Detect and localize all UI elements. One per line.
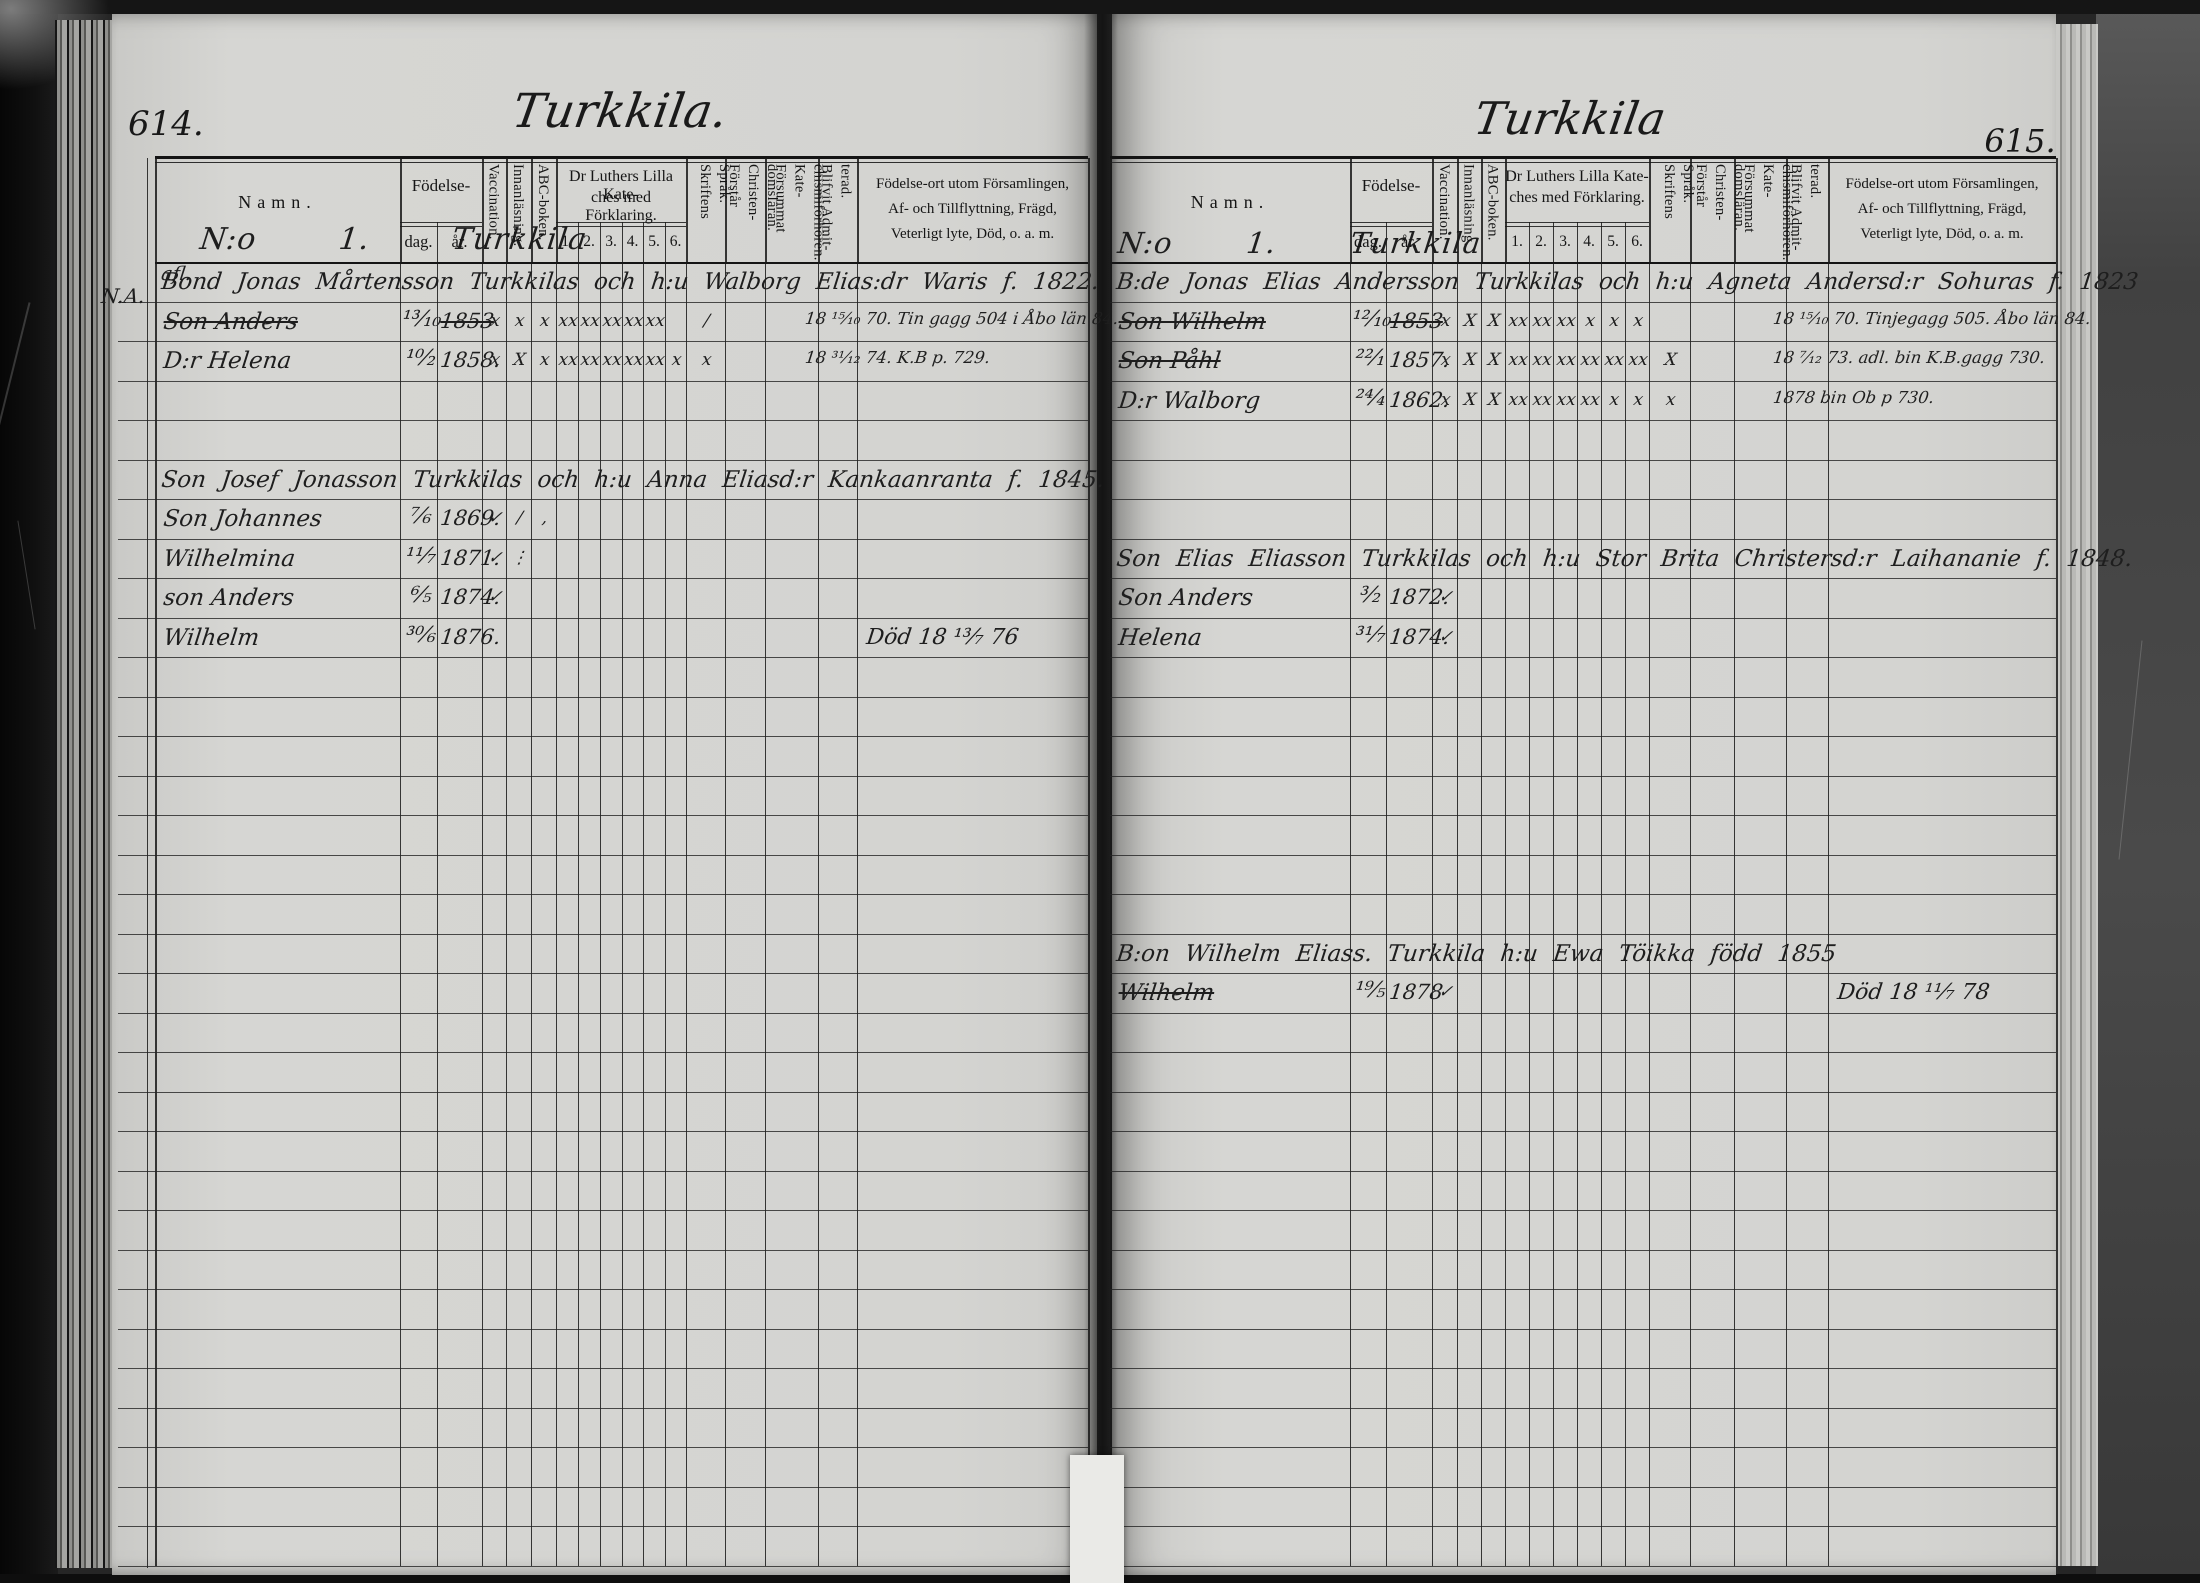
table-column-line (531, 262, 532, 1566)
mark-kateches-2: xx (578, 311, 602, 331)
column-header-kateches-3: 3. (1553, 233, 1577, 251)
entry-note: 18 ¹⁵⁄₁₀ 70. Tinjegagg 505. Åbo län 84. (1772, 309, 2092, 328)
column-header-fodelseort-line: Veterligt lyte, Död, o. a. m. (1828, 222, 2056, 247)
mark-kateches-5: xx (643, 311, 667, 331)
mark-vaccination: x (482, 311, 508, 331)
table-row-line (1110, 815, 2056, 816)
mark-kateches-1: xx (556, 350, 580, 370)
table-row-line (1110, 776, 2056, 777)
table-row-line (1110, 1052, 2056, 1053)
table-column-line (1088, 262, 1090, 1566)
person-name: Wilhelm (1117, 980, 1216, 1006)
person-name: Son Wilhelm (1117, 309, 1267, 335)
mark-kateches-2: xx (1529, 390, 1555, 410)
mark-vaccination: ✓ (482, 587, 508, 607)
birth-day: ²⁴⁄₄ (1351, 386, 1390, 411)
table-column-line (1786, 262, 1787, 1566)
mark-kateches-1: xx (1505, 311, 1531, 331)
table-row-line (118, 1368, 1088, 1369)
mark-kateches-4: xx (1577, 390, 1603, 410)
table-row-line (118, 1092, 1088, 1093)
table-row-line (118, 973, 1088, 974)
mark-kateches-4: x (1577, 311, 1603, 331)
table-row-line (1110, 420, 2056, 421)
column-header-innanlasning: Innanläsning. (1459, 164, 1480, 258)
mark-vaccination: ✓ (482, 508, 508, 528)
mark-skriftens: x (1649, 390, 1692, 410)
column-header-kateches-5: 5. (643, 233, 665, 251)
table-row-line (118, 815, 1088, 816)
mark-kateches-4: xx (622, 350, 645, 370)
table-column-line (686, 262, 687, 1566)
column-header-kateches-3: 3. (600, 233, 622, 251)
entry-note: 18 ³¹⁄₁₂ 74. K.B p. 729. (804, 348, 991, 367)
table-column-line (600, 262, 601, 1566)
table-row-line (1110, 1092, 2056, 1093)
table-row-line (118, 1013, 1088, 1014)
mark-abc: x (531, 311, 558, 331)
column-header-abc-boken-line: ABC-boken. (533, 164, 552, 258)
column-header-fodelseort-line: Födelse-ort utom Församlingen, (1828, 172, 2056, 197)
mark-abc: X (1481, 390, 1507, 410)
mark-kateches-2: xx (1529, 311, 1555, 331)
table-row-line (118, 697, 1088, 698)
table-row-line (1110, 499, 2056, 500)
table-column-line (622, 262, 623, 1566)
table-row-line (118, 776, 1088, 777)
table-top-rule (1110, 156, 2056, 159)
table-column-line (155, 262, 157, 1566)
table-row-line (1110, 1210, 2056, 1211)
birth-year: 1876. (439, 625, 502, 649)
birth-day: ³⁄₂ (1351, 583, 1390, 608)
mark-kateches-4: xx (622, 311, 645, 331)
table-column-line (1350, 262, 1351, 1566)
table-column-line (643, 262, 644, 1566)
mark-innanlasning: X (1457, 350, 1483, 370)
table-row-line (118, 894, 1088, 895)
mark-vaccination: x (1432, 311, 1459, 331)
table-row-line (1110, 1289, 2056, 1290)
column-header-blifvit-line: Blifvit Admit- (817, 164, 836, 258)
table-column-line (1734, 262, 1735, 1566)
table-row-line (118, 618, 1088, 619)
mark-skriftens: x (686, 350, 727, 370)
column-header-forsummat-line: Försummat Kate- (1739, 164, 1777, 258)
birth-day: ⁷⁄₆ (401, 504, 441, 529)
column-header-innanlasning: Innanläsning. (508, 164, 529, 258)
table-column-line (1505, 262, 1506, 1566)
mark-kateches-5: x (1601, 390, 1627, 410)
mark-kateches-5: x (1601, 311, 1627, 331)
column-header-fodelseort-line: Af- och Tillflyttning, Frägd, (1828, 197, 2056, 222)
mark-kateches-3: xx (600, 311, 624, 331)
table-column-line (1553, 262, 1554, 1566)
column-header-forstar: Förstår Christen-domsläran. (1691, 164, 1733, 258)
mark-innanlasning: ⋮ (506, 548, 533, 568)
table-column-line (1110, 262, 1112, 1566)
column-header-blifvit: Blifvit Admit-terad. (1786, 164, 1828, 258)
mark-kateches-3: xx (1553, 350, 1579, 370)
table-sub-rule (1350, 222, 1432, 223)
mark-kateches-6: xx (1625, 350, 1651, 370)
column-header-kateches-4: 4. (622, 233, 643, 251)
mark-innanlasning: X (1457, 311, 1483, 331)
column-header-kateches-line2: ches med Förklaring. (1505, 189, 1649, 207)
column-header-kateches-line2: ches med Förklaring. (556, 189, 686, 225)
register-tables: Namn.Födelse-dag.år.Vaccination.Innanläs… (0, 0, 2200, 1583)
mark-kateches-2: xx (578, 350, 602, 370)
table-row-line (118, 1171, 1088, 1172)
column-header-skriftens-sprak: Skriftens Språk. (1659, 164, 1680, 258)
table-row-line (1110, 1368, 2056, 1369)
entry-note: 18 ⁷⁄₁₂ 73. adl. bin K.B.gagg 730. (1772, 348, 2046, 367)
mark-kateches-6: x (665, 350, 688, 370)
table-row-line (1110, 1526, 2056, 1527)
column-header-abc-boken-line: ABC-boken. (1483, 164, 1502, 258)
mark-vaccination: ✓ (1432, 627, 1459, 647)
birth-day: ³⁰⁄₆ (401, 623, 441, 648)
table-column-line (506, 262, 507, 1566)
table-row-line (118, 1566, 1088, 1567)
table-column-line (2056, 158, 2058, 262)
table-column-line (1649, 262, 1650, 1566)
person-name: Son Påhl (1117, 348, 1222, 374)
mark-kateches-2: xx (1529, 350, 1555, 370)
person-name: Wilhelmina (162, 546, 297, 572)
table-column-line (556, 262, 557, 1566)
person-name: Son Anders (162, 309, 299, 335)
mark-abc: X (1481, 350, 1507, 370)
mark-kateches-3: xx (1553, 311, 1579, 331)
mark-innanlasning: X (1457, 390, 1483, 410)
table-column-line (725, 262, 726, 1566)
family-entry-row: Bond Jonas Mårtensson Turkkilas och h:u … (160, 269, 1086, 295)
column-header-forsummat-line: Försummat Kate- (771, 164, 809, 258)
family-entry-row: B:de Jonas Elias Andersson Turkkilas och… (1115, 269, 2054, 295)
table-row-line (1110, 1013, 2056, 1014)
table-row-line (1110, 302, 2056, 303)
column-header-vaccination: Vaccination. (484, 164, 505, 258)
table-row-line (118, 499, 1088, 500)
table-row-line (1110, 973, 2056, 974)
bookmark-tab (1070, 1455, 1124, 1583)
table-column-line (857, 262, 858, 1566)
mark-kateches-1: xx (1505, 350, 1531, 370)
column-header-kateches-2: 2. (1529, 233, 1553, 251)
table-column-line (818, 262, 819, 1566)
column-header-kateches-line1: Dr Luthers Lilla Kate- (1505, 168, 1649, 186)
column-header-blifvit-line: Blifvit Admit- (1786, 164, 1805, 258)
column-header-fodelseort-line: Af- och Tillflyttning, Frägd, (857, 197, 1088, 222)
table-sub-rule (1350, 226, 1432, 227)
table-row-line (1110, 578, 2056, 579)
table-row-line (1110, 1329, 2056, 1330)
column-header-ar: år. (437, 232, 482, 252)
birth-day: ⁶⁄₅ (401, 583, 441, 608)
person-name: D:r Helena (162, 348, 293, 374)
table-row-line (1110, 1250, 2056, 1251)
column-header-blifvit-line: terad. (1805, 164, 1824, 258)
birth-day: ¹²⁄₁₀ (1351, 307, 1390, 332)
column-header-dag: dag. (400, 232, 437, 252)
column-header-innanlasning-line: Innanläsning. (508, 164, 527, 258)
page-content: 614. 615. Turkkila. Turkkila N:o 1. Turk… (0, 0, 2200, 1583)
table-column-line (1690, 262, 1691, 1566)
table-column-line (1625, 262, 1626, 1566)
column-header-kateches-2: 2. (578, 233, 600, 251)
table-row-line (1110, 341, 2056, 342)
table-row-line (118, 1052, 1088, 1053)
column-header-dag: dag. (1350, 232, 1386, 252)
table-row-line (118, 855, 1088, 856)
column-header-skriftens-sprak: Skriftens Språk. (695, 164, 716, 258)
table-row-line (1110, 381, 2056, 382)
table-top-rule (155, 162, 1088, 163)
birth-day: ²²⁄₁ (1351, 346, 1390, 371)
table-row-line (118, 460, 1088, 461)
table-row-line (1110, 618, 2056, 619)
column-header-vaccination-line: Vaccination. (484, 164, 503, 258)
table-row-line (118, 420, 1088, 421)
table-column-line (1601, 262, 1602, 1566)
column-header-kateches-6: 6. (1625, 233, 1649, 251)
column-header-ar: år. (1386, 232, 1432, 252)
column-header-fodelseort: Födelse-ort utom Församlingen,Af- och Ti… (1828, 172, 2056, 247)
table-top-rule (1110, 162, 2056, 163)
table-column-line (1457, 262, 1458, 1566)
table-row-line (118, 539, 1088, 540)
mark-vaccination: x (482, 350, 508, 370)
table-row-line (118, 1131, 1088, 1132)
table-row-line (1110, 657, 2056, 658)
mark-vaccination: x (1432, 390, 1459, 410)
table-row-line (118, 1210, 1088, 1211)
column-header-fodelse: Födelse- (1350, 176, 1432, 196)
table-row-line (1110, 1487, 2056, 1488)
table-row-line (1110, 1566, 2056, 1567)
table-row-line (1110, 539, 2056, 540)
table-column-line (665, 262, 666, 1566)
table-top-rule (155, 156, 1088, 159)
person-name: Wilhelm (162, 625, 261, 651)
person-name: Son Anders (1117, 585, 1254, 611)
person-name: Helena (1117, 625, 1203, 651)
birth-day: ¹⁹⁄₅ (1351, 978, 1390, 1003)
table-row-line (118, 302, 1088, 303)
person-name: son Anders (162, 585, 296, 611)
column-header-forstar-line: Förstår Christen- (724, 164, 762, 258)
table-sub-rule (400, 222, 482, 223)
mark-kateches-1: xx (556, 311, 580, 331)
column-header-forsummat: Försummat Kate-chismiförhören. (771, 164, 813, 258)
table-header-bottom-rule (1110, 262, 2056, 264)
table-column-line (1529, 262, 1530, 1566)
birth-day: ¹⁰⁄₂ (401, 346, 441, 371)
table-column-line (1481, 262, 1482, 1566)
table-column-line (2056, 262, 2058, 1566)
column-header-kateches-5: 5. (1601, 233, 1625, 251)
scanned-parish-register: 614. 615. Turkkila. Turkkila N:o 1. Turk… (0, 0, 2200, 1583)
table-column-line (578, 262, 579, 1566)
mark-vaccination: ✓ (482, 548, 508, 568)
entry-note: Död 18 ¹¹⁄₇ 78 (1836, 980, 1991, 1005)
entry-note: 18 ¹⁵⁄₁₀ 70. Tin gagg 504 i Åbo län 84. (804, 309, 1120, 328)
column-header-blifvit-line: terad. (836, 164, 855, 258)
table-row-line (118, 1447, 1088, 1448)
family-entry-row: Son Josef Jonasson Turkkilas och h:u Ann… (160, 467, 1086, 493)
mark-innanlasning: x (506, 311, 533, 331)
mark-skriftens: X (1649, 350, 1692, 370)
table-column-line (1649, 158, 1651, 262)
table-row-line (1110, 460, 2056, 461)
table-row-line (1110, 697, 2056, 698)
family-entry-row: Son Elias Eliasson Turkkilas och h:u Sto… (1115, 546, 2054, 572)
mark-kateches-6: x (1625, 390, 1651, 410)
table-column-line (482, 262, 483, 1566)
table-column-line (1577, 262, 1578, 1566)
table-column-line (765, 262, 766, 1566)
birth-day: ¹¹⁄₇ (401, 544, 441, 569)
table-column-line (1432, 262, 1433, 1566)
mark-innanlasning: X (506, 350, 533, 370)
family-entry-row: B:on Wilhelm Eliass. Turkkila h:u Ewa Tö… (1115, 941, 1838, 967)
mark-kateches-1: xx (1505, 390, 1531, 410)
table-row-line (1110, 736, 2056, 737)
mark-abc: , (531, 508, 558, 528)
column-header-abc-boken: ABC-boken. (1483, 164, 1504, 258)
table-margin-line (147, 158, 148, 1568)
entry-note: Död 18 ¹³⁄₇ 76 (865, 625, 1020, 650)
column-header-blifvit: Blifvit Admit-terad. (817, 164, 859, 258)
mark-kateches-5: xx (1601, 350, 1627, 370)
person-name: D:r Walborg (1117, 388, 1262, 414)
mark-kateches-3: xx (600, 350, 624, 370)
table-row-line (118, 1329, 1088, 1330)
column-header-vaccination-line: Vaccination. (1434, 164, 1453, 258)
table-row-line (1110, 1171, 2056, 1172)
table-column-line (1386, 262, 1387, 1566)
column-header-forstar: Förstår Christen-domsläran. (724, 164, 766, 258)
table-row-line (1110, 1131, 2056, 1132)
column-header-abc-boken: ABC-boken. (533, 164, 554, 258)
column-header-fodelseort-line: Veterligt lyte, Död, o. a. m. (857, 222, 1088, 247)
mark-skriftens: / (686, 311, 727, 331)
table-column-line (400, 262, 401, 1566)
table-row-line (118, 736, 1088, 737)
column-header-vaccination: Vaccination. (1434, 164, 1455, 258)
column-header-forstar-line: Förstår Christen- (1691, 164, 1729, 258)
table-row-line (118, 578, 1088, 579)
column-header-fodelseort: Födelse-ort utom Församlingen,Af- och Ti… (857, 172, 1088, 247)
table-column-line (686, 158, 688, 262)
table-row-line (118, 934, 1088, 935)
mark-abc: X (1481, 311, 1507, 331)
mark-kateches-5: xx (643, 350, 667, 370)
column-header-fodelse: Födelse- (400, 176, 482, 196)
mark-kateches-6: x (1625, 311, 1651, 331)
entry-note: 1878 bin Ob p 730. (1772, 388, 1935, 407)
mark-vaccination: ✓ (1432, 587, 1459, 607)
table-row-line (1110, 855, 2056, 856)
table-row-line (118, 657, 1088, 658)
table-row-line (118, 1487, 1088, 1488)
table-row-line (118, 1408, 1088, 1409)
mark-vaccination: x (1432, 350, 1459, 370)
column-header-fodelseort-line: Födelse-ort utom Församlingen, (857, 172, 1088, 197)
table-row-line (118, 1526, 1088, 1527)
mark-innanlasning: / (506, 508, 533, 528)
column-header-kateches-4: 4. (1577, 233, 1601, 251)
table-column-line (1088, 158, 1090, 262)
table-row-line (118, 381, 1088, 382)
column-header-forsummat: Försummat Kate-chismiförhören. (1739, 164, 1781, 258)
person-name: Son Johannes (162, 506, 324, 532)
table-row-line (118, 1250, 1088, 1251)
mark-kateches-4: xx (1577, 350, 1603, 370)
column-header-kateches-1: 1. (1505, 233, 1529, 251)
mark-kateches-3: xx (1553, 390, 1579, 410)
column-header-kateches-6: 6. (665, 233, 686, 251)
table-sub-rule (400, 226, 482, 227)
mark-abc: x (531, 350, 558, 370)
table-row-line (118, 1289, 1088, 1290)
table-column-line (437, 262, 438, 1566)
table-column-line (1828, 262, 1829, 1566)
table-row-line (1110, 894, 2056, 895)
column-header-kateches-1: 1. (556, 233, 578, 251)
column-header-innanlasning-line: Innanläsning. (1459, 164, 1478, 258)
column-header-namn: Namn. (1110, 192, 1350, 213)
table-row-line (1110, 1408, 2056, 1409)
table-sub-rule (556, 226, 686, 227)
mark-vaccination: ✓ (1432, 982, 1459, 1002)
column-header-namn: Namn. (155, 192, 400, 213)
birth-day: ¹³⁄₁₀ (401, 307, 441, 332)
table-row-line (118, 341, 1088, 342)
table-row-line (1110, 1447, 2056, 1448)
table-row-line (1110, 934, 2056, 935)
birth-day: ³¹⁄₇ (1351, 623, 1390, 648)
